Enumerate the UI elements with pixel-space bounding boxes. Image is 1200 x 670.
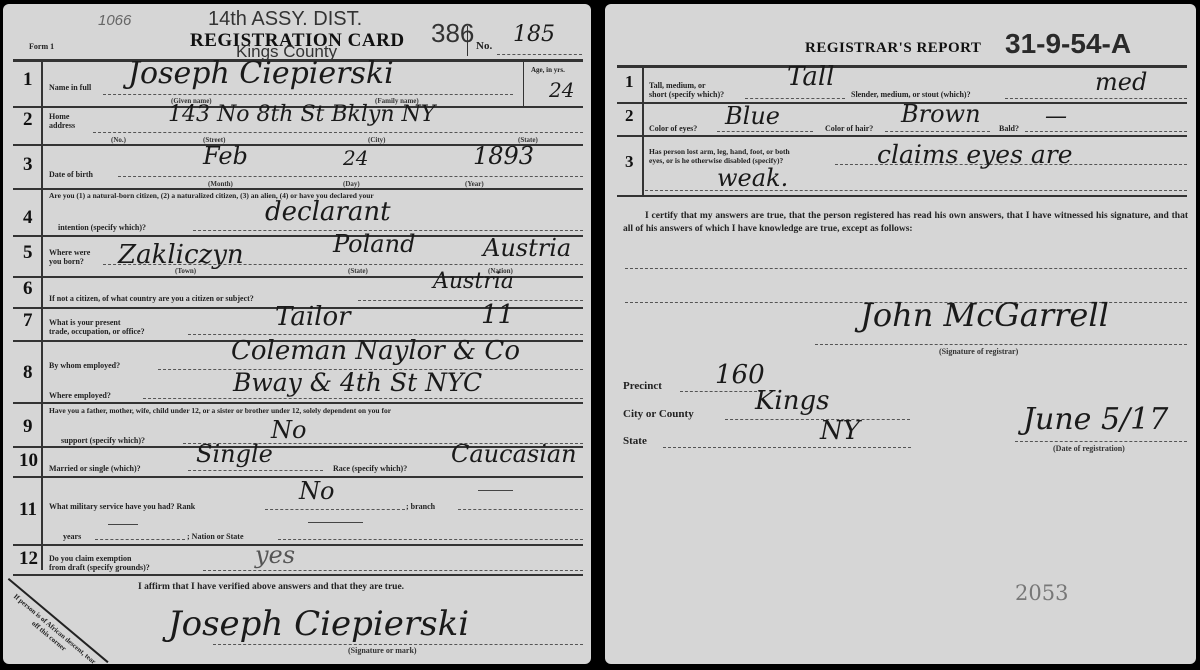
report-row-number-3: 3 <box>625 152 634 172</box>
city-county-label: City or County <box>623 408 694 420</box>
district-stamp: 14th ASSY. DIST. <box>208 8 362 31</box>
exemption-value: yes <box>255 541 295 569</box>
address-label: address <box>49 121 75 130</box>
row-number-11: 11 <box>19 499 37 521</box>
employer-value: Coleman Naylor & Co <box>231 336 520 366</box>
registrar-signature-label: (Signature of registrar) <box>939 347 1018 356</box>
report-row-number-2: 2 <box>625 106 634 126</box>
form-label: Form 1 <box>29 42 54 51</box>
citizenship-value: declarant <box>265 197 391 227</box>
employed-where-value: Bway & 4th St NYC <box>233 368 482 397</box>
no-sub: (No.) <box>111 136 126 144</box>
bald-value: — <box>1045 104 1067 129</box>
registration-card: 1066 14th ASSY. DIST. Form 1 REGISTRATIO… <box>3 4 591 664</box>
birth-state: Poland <box>333 230 415 258</box>
registrar-signature: John McGarrell <box>860 296 1109 334</box>
military-rank-value: No <box>299 477 334 505</box>
marital-value: Single <box>196 440 273 468</box>
name-value: Joseph Ciepierski <box>128 56 394 91</box>
report-row-number-1: 1 <box>625 72 634 92</box>
no-value: 185 <box>513 22 555 47</box>
corner-note: If person is of African descent, tear of… <box>5 592 97 664</box>
eye-color-label: Color of eyes? <box>649 124 697 133</box>
row-number-8: 8 <box>23 362 33 384</box>
employed-where-label: Where employed? <box>49 391 111 400</box>
report-number: 31-9-54-A <box>1005 28 1131 60</box>
row-number-2: 2 <box>23 109 33 131</box>
row-number-4: 4 <box>23 207 33 229</box>
intention-label: intention (specify which)? <box>58 223 146 232</box>
stamp-number: 2053 <box>1015 581 1068 605</box>
row-number-7: 7 <box>23 310 33 332</box>
dependents-question: Have you a father, mother, wife, child u… <box>49 406 391 415</box>
ditto-mark: 11 <box>481 300 514 330</box>
eye-color-value: Blue <box>725 102 780 130</box>
build-value: med <box>1095 68 1147 96</box>
no-label: No. <box>476 40 492 52</box>
row-number-9: 9 <box>23 416 33 438</box>
marital-label: Married or single (which)? <box>49 464 141 473</box>
height-label-2: short (specify which)? <box>649 90 724 99</box>
row-number-6: 6 <box>23 278 33 300</box>
report-title: REGISTRAR'S REPORT <box>805 40 981 57</box>
town-sub: (Town) <box>175 267 196 275</box>
state-label: State <box>623 435 647 447</box>
year-sub: (Year) <box>465 180 484 188</box>
row-number-5: 5 <box>23 242 33 264</box>
hair-color-label: Color of hair? <box>825 124 873 133</box>
registrars-report-card: REGISTRAR'S REPORT 31-9-54-A 1 Tall, med… <box>605 4 1196 664</box>
name-label: Name in full <box>49 83 91 92</box>
home-label: Home <box>49 112 69 121</box>
branch-label: ; branch <box>406 502 435 511</box>
age-label: Age, in yrs. <box>531 66 565 74</box>
precinct-label: Precinct <box>623 380 662 392</box>
day-sub: (Day) <box>343 180 360 188</box>
age-value: 24 <box>549 78 574 102</box>
certification-text: I certify that my answers are true, that… <box>623 210 1188 236</box>
exemption-label-2: from draft (specify grounds)? <box>49 563 150 572</box>
support-label: support (specify which)? <box>61 436 145 445</box>
citizen-of-label: If not a citizen, of what country are yo… <box>49 294 254 303</box>
pencil-number: 1066 <box>98 12 131 29</box>
city-sub: (City) <box>368 136 386 144</box>
born-label-1: Where were <box>49 248 90 257</box>
birth-town: Zakliczyn <box>118 240 244 270</box>
month-sub: (Month) <box>208 180 233 188</box>
military-label: What military service have you had? Rank <box>49 502 195 511</box>
employer-label: By whom employed? <box>49 361 120 370</box>
dob-day: 24 <box>343 146 368 170</box>
row-number-12: 12 <box>19 548 38 570</box>
bald-label: Bald? <box>999 124 1019 133</box>
hair-color-value: Brown <box>901 100 981 128</box>
birth-nation: Austria <box>483 234 571 262</box>
build-label: Slender, medium, or stout (which)? <box>851 90 971 99</box>
row-number-1: 1 <box>23 69 33 91</box>
signature-label: (Signature or mark) <box>348 646 417 655</box>
dob-label: Date of birth <box>49 170 93 179</box>
exemption-label-1: Do you claim exemption <box>49 554 131 563</box>
home-address-value: 143 No 8th St Bklyn NY <box>168 102 435 127</box>
height-label-1: Tall, medium, or <box>649 81 706 90</box>
affirmation-text: I affirm that I have verified above answ… <box>138 582 404 592</box>
trade-label-1: What is your present <box>49 318 121 327</box>
dob-year: 1893 <box>473 142 534 170</box>
registration-date-value: June 5/17 <box>1023 402 1168 437</box>
state-sub-5: (State) <box>348 267 368 275</box>
registrant-signature: Joseph Ciepierski <box>168 604 469 644</box>
trade-label-2: trade, occupation, or office? <box>49 327 145 336</box>
row-number-3: 3 <box>23 154 33 176</box>
years-label: years <box>63 532 81 541</box>
height-value: Tall <box>787 62 834 92</box>
dob-month: Feb <box>203 142 248 170</box>
citizen-of-value: Austria <box>433 269 514 294</box>
disability-label-1: Has person lost arm, leg, hand, foot, or… <box>649 147 790 156</box>
city-county-value: Kings <box>755 386 829 416</box>
row-number-10: 10 <box>19 450 38 472</box>
dependents-value: No <box>271 416 306 444</box>
state-value: NY <box>820 416 860 446</box>
born-label-2: you born? <box>49 257 84 266</box>
nation-state-label: ; Nation or State <box>187 532 244 541</box>
race-label: Race (specify which)? <box>333 464 407 473</box>
registration-date-label: (Date of registration) <box>1053 444 1125 453</box>
disability-value-2: weak. <box>717 164 788 192</box>
race-value: Caucasian <box>451 440 577 468</box>
trade-value: Tailor <box>275 302 351 332</box>
